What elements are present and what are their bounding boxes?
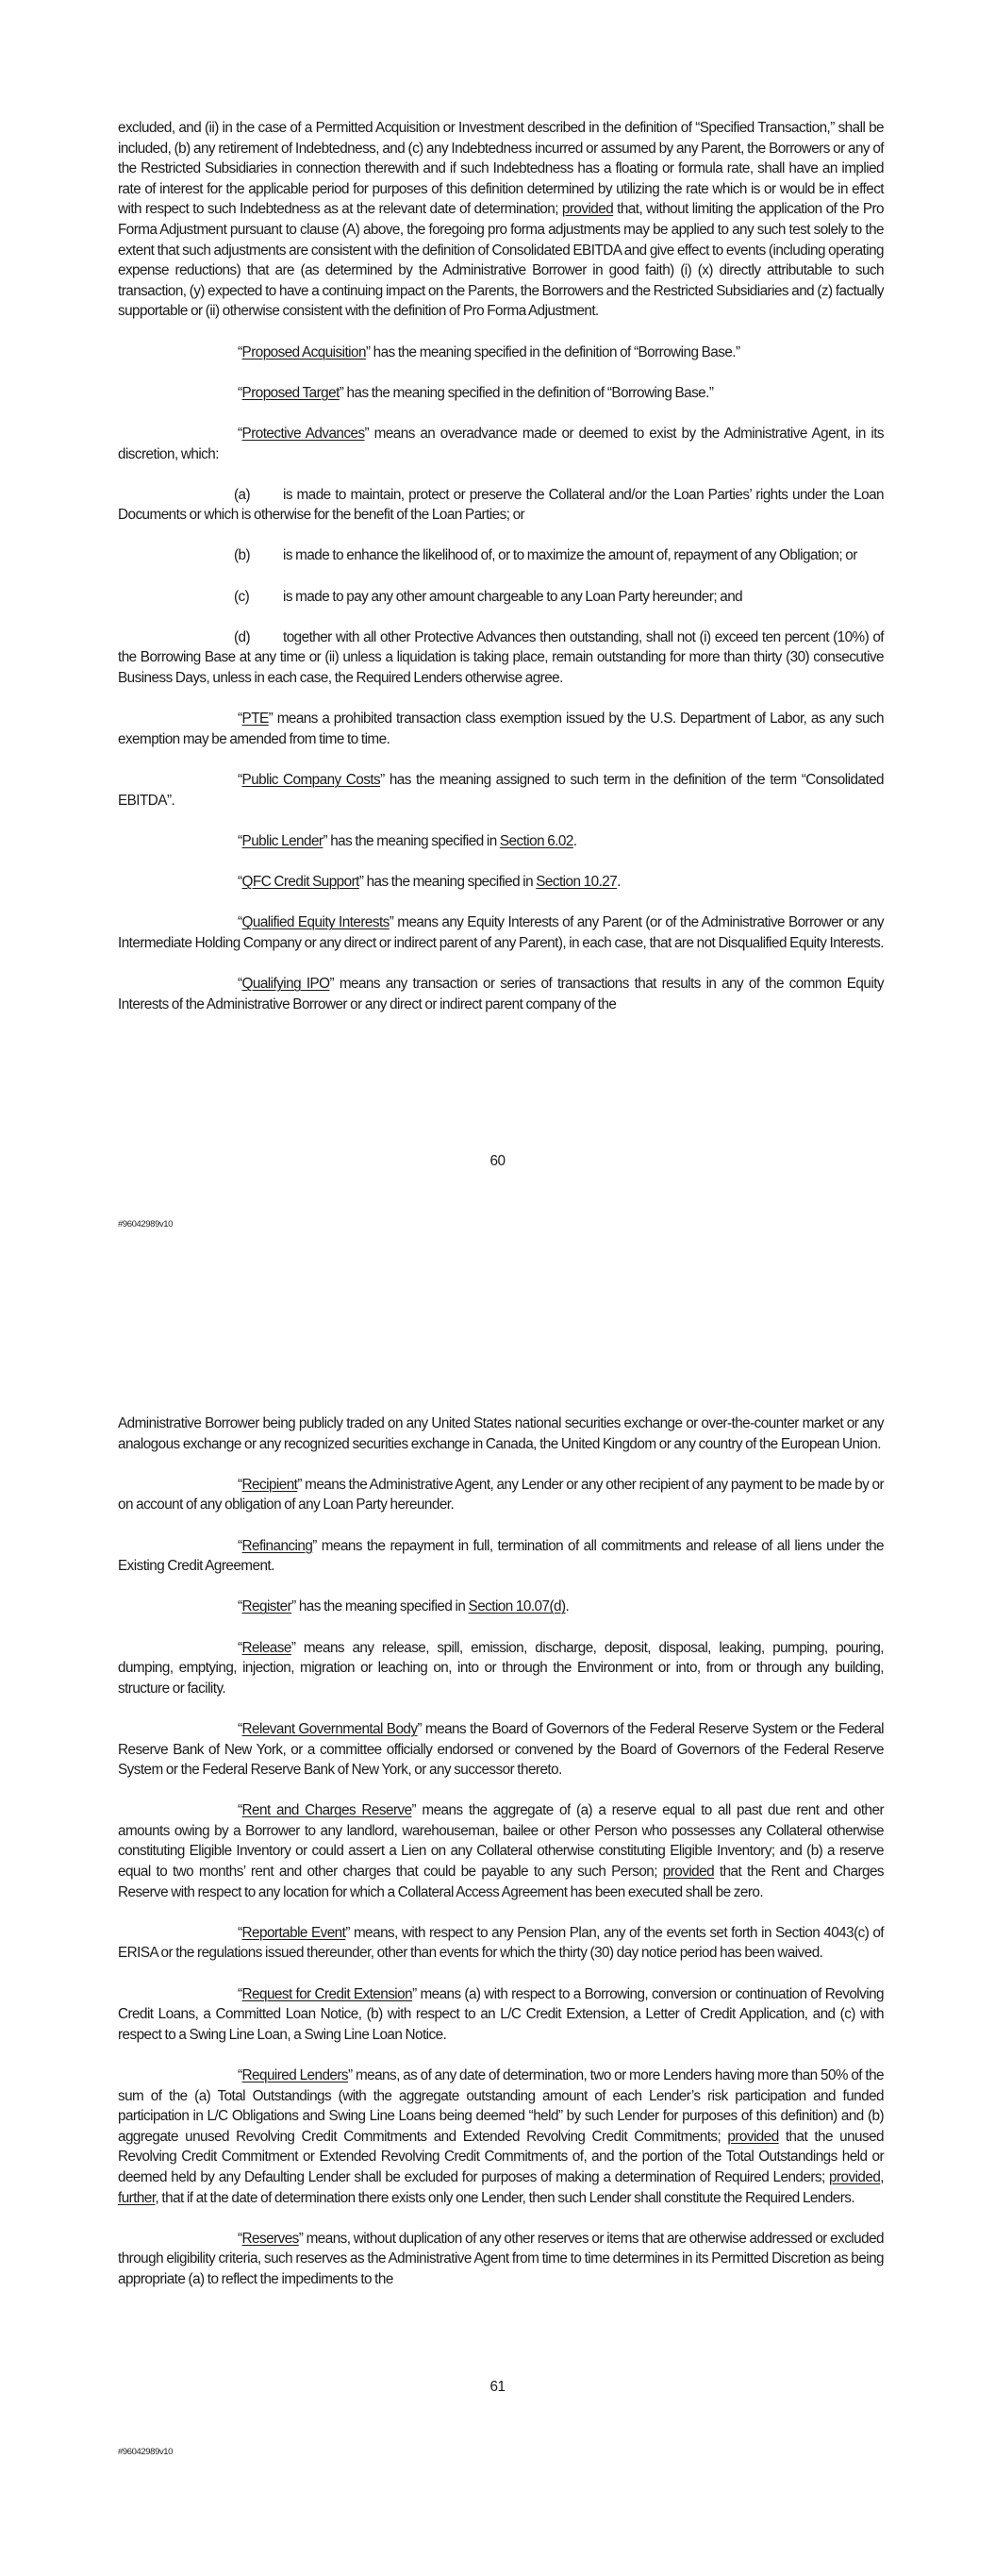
underlined-term: provided bbox=[663, 1864, 714, 1880]
underlined-term: Reportable Event bbox=[242, 1925, 346, 1941]
text-run: ” means any transaction or series of tra… bbox=[118, 976, 884, 1012]
definition-paragraph: “Qualified Equity Interests” means any E… bbox=[118, 912, 884, 953]
text-run: , that if at the date of determination t… bbox=[156, 2190, 855, 2206]
definition-paragraph: “PTE” means a prohibited transaction cla… bbox=[118, 709, 884, 749]
underlined-term: PTE bbox=[242, 711, 269, 727]
underlined-term: Section 6.02 bbox=[500, 833, 573, 849]
clause-item: (a)is made to maintain, protect or prese… bbox=[118, 485, 884, 526]
definition-paragraph: “Public Lender” has the meaning specifie… bbox=[118, 831, 884, 852]
text-run: Administrative Borrower being publicly t… bbox=[118, 1415, 884, 1452]
underlined-term: Required Lenders bbox=[242, 2067, 348, 2083]
page-body: Administrative Borrower being publicly t… bbox=[118, 1413, 884, 2310]
definition-paragraph: “Release” means any release, spill, emis… bbox=[118, 1638, 884, 1699]
text-run: is made to enhance the likelihood of, or… bbox=[283, 547, 857, 563]
definition-paragraph: “Request for Credit Extension” means (a)… bbox=[118, 1984, 884, 2046]
text-run: ” has the meaning specified in the defin… bbox=[366, 344, 740, 360]
document-id-footer: #96042989v10 bbox=[118, 1219, 173, 1229]
text-run: ” means the Board of Governors of the Fe… bbox=[118, 1721, 884, 1778]
text-run: is made to maintain, protect or preserve… bbox=[118, 487, 884, 524]
clause-label: (d) bbox=[234, 627, 283, 648]
definition-paragraph: “Reportable Event” means, with respect t… bbox=[118, 1923, 884, 1964]
definition-paragraph: “QFC Credit Support” has the meaning spe… bbox=[118, 872, 884, 893]
text-run: ” has the meaning specified in bbox=[359, 874, 536, 890]
underlined-term: Register bbox=[242, 1598, 292, 1614]
text-run: , bbox=[880, 2169, 884, 2185]
text-run: ” means a prohibited transaction class e… bbox=[118, 711, 884, 747]
text-run: . bbox=[617, 874, 621, 890]
definition-paragraph: “Register” has the meaning specified in … bbox=[118, 1597, 884, 1617]
definition-paragraph: “Proposed Acquisition” has the meaning s… bbox=[118, 343, 884, 363]
text-run: ” means the Administrative Agent, any Le… bbox=[118, 1477, 884, 1514]
underlined-term: Release bbox=[242, 1640, 291, 1656]
definition-paragraph: “Refinancing” means the repayment in ful… bbox=[118, 1536, 884, 1577]
text-run: ” means (a) with respect to a Borrowing,… bbox=[118, 1986, 884, 2043]
text-run: together with all other Protective Advan… bbox=[118, 629, 884, 686]
definition-paragraph: “Proposed Target” has the meaning specif… bbox=[118, 383, 884, 404]
underlined-term: Reserves bbox=[242, 2231, 299, 2247]
definition-paragraph: “Rent and Charges Reserve” means the agg… bbox=[118, 1800, 884, 1902]
text-run: . bbox=[573, 833, 577, 849]
document-page-60: excluded, and (ii) in the case of a Perm… bbox=[0, 0, 995, 1321]
underlined-term: Proposed Target bbox=[242, 385, 340, 401]
text-run: ” means any Equity Interests of any Pare… bbox=[118, 914, 884, 951]
text-run: ” has the meaning specified in the defin… bbox=[340, 385, 714, 401]
text-run: . bbox=[566, 1598, 570, 1614]
underlined-term: QFC Credit Support bbox=[242, 874, 359, 890]
underlined-term: further bbox=[118, 2190, 156, 2206]
document-id-footer: #96042989v10 bbox=[118, 2447, 173, 2457]
text-run: ” means any release, spill, emission, di… bbox=[118, 1640, 884, 1697]
underlined-term: Request for Credit Extension bbox=[242, 1986, 413, 2002]
underlined-term: provided bbox=[562, 201, 613, 217]
underlined-term: Relevant Governmental Body bbox=[242, 1721, 418, 1737]
text-run: ” means the repayment in full, terminati… bbox=[118, 1538, 884, 1575]
underlined-term: Public Company Costs bbox=[242, 772, 381, 788]
definition-paragraph: “Qualifying IPO” means any transaction o… bbox=[118, 974, 884, 1014]
clause-label: (a) bbox=[234, 485, 283, 506]
underlined-term: Proposed Acquisition bbox=[242, 344, 366, 360]
underlined-term: Qualified Equity Interests bbox=[242, 914, 390, 930]
underlined-term: Rent and Charges Reserve bbox=[242, 1802, 412, 1818]
underlined-term: Public Lender bbox=[242, 833, 323, 849]
underlined-term: Refinancing bbox=[242, 1538, 313, 1554]
text-run: ” has the meaning specified in bbox=[291, 1598, 468, 1614]
text-run: ” has the meaning assigned to such term … bbox=[118, 772, 884, 809]
text-run: is made to pay any other amount chargeab… bbox=[283, 589, 742, 605]
underlined-term: provided bbox=[829, 2169, 880, 2185]
underlined-term: Qualifying IPO bbox=[242, 976, 330, 992]
definition-paragraph: “Public Company Costs” has the meaning a… bbox=[118, 770, 884, 811]
page-number: 60 bbox=[0, 1153, 995, 1170]
clause-item: (c)is made to pay any other amount charg… bbox=[118, 587, 884, 608]
text-run: ” means, with respect to any Pension Pla… bbox=[118, 1925, 884, 1962]
underlined-term: provided bbox=[727, 2129, 778, 2145]
clause-label: (b) bbox=[234, 545, 283, 566]
text-run: ” means an overadvance made or deemed to… bbox=[118, 426, 884, 462]
definition-paragraph: “Relevant Governmental Body” means the B… bbox=[118, 1719, 884, 1781]
definition-paragraph: “Recipient” means the Administrative Age… bbox=[118, 1475, 884, 1515]
definition-paragraph: “Reserves” means, without duplication of… bbox=[118, 2229, 884, 2290]
document-page-61: Administrative Borrower being publicly t… bbox=[0, 1321, 995, 2576]
underlined-term: Recipient bbox=[242, 1477, 298, 1493]
underlined-term: Protective Advances bbox=[242, 426, 365, 442]
text-run: that, without limiting the application o… bbox=[118, 201, 884, 319]
text-run: ” has the meaning specified in bbox=[323, 833, 499, 849]
underlined-term: Section 10.27 bbox=[536, 874, 617, 890]
text-run: ” means, without duplication of any othe… bbox=[118, 2231, 884, 2287]
continuation-paragraph: Administrative Borrower being publicly t… bbox=[118, 1413, 884, 1454]
underlined-term: Section 10.07(d) bbox=[469, 1598, 566, 1614]
definition-paragraph: “Required Lenders” means, as of any date… bbox=[118, 2066, 884, 2208]
page-number: 61 bbox=[0, 2379, 995, 2396]
clause-label: (c) bbox=[234, 587, 283, 608]
clause-item: (d)together with all other Protective Ad… bbox=[118, 627, 884, 689]
clause-item: (b)is made to enhance the likelihood of,… bbox=[118, 545, 884, 566]
continuation-paragraph: excluded, and (ii) in the case of a Perm… bbox=[118, 118, 884, 322]
page-body: excluded, and (ii) in the case of a Perm… bbox=[118, 118, 884, 1035]
definition-paragraph: “Protective Advances” means an overadvan… bbox=[118, 424, 884, 464]
